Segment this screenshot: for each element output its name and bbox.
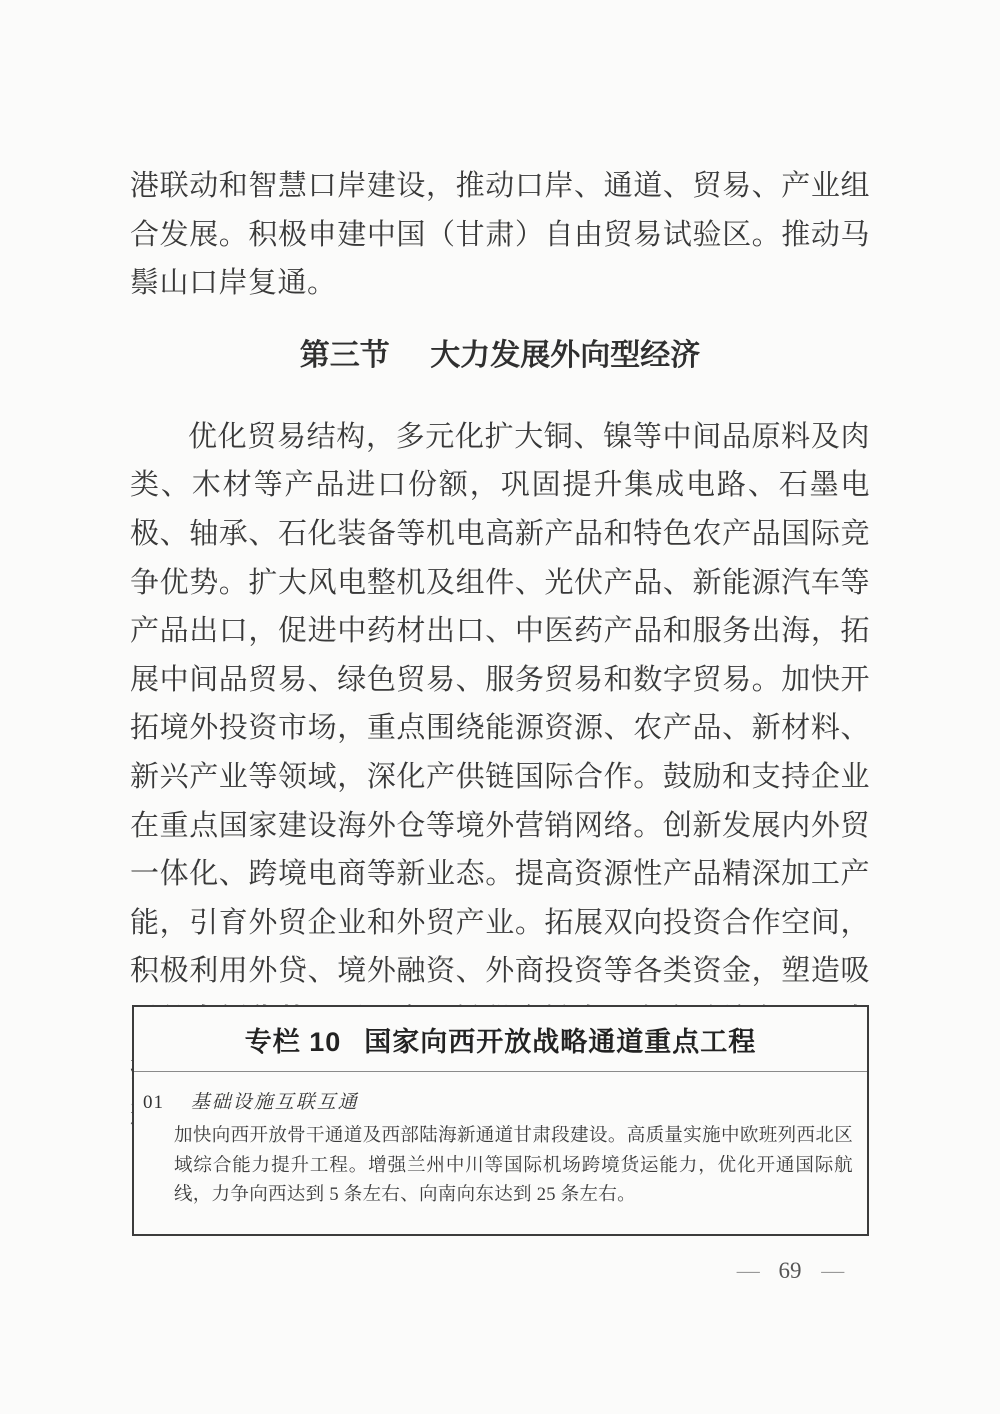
panel-title-label: 专栏 10 xyxy=(245,1020,342,1059)
section-heading-title: 大力发展外向型经济 xyxy=(430,339,700,372)
panel-title: 专栏 10 国家向西开放战略通道重点工程 xyxy=(134,1007,867,1071)
highlight-panel: 专栏 10 国家向西开放战略通道重点工程 01 基础设施互联互通 加快向西开放骨… xyxy=(132,1005,869,1236)
panel-item-number: 01 xyxy=(143,1092,164,1113)
section-heading-label: 第三节 xyxy=(300,339,390,372)
panel-item-heading: 01 基础设施互联互通 xyxy=(134,1090,867,1116)
content-column: 港联动和智慧口岸建设，推动口岸、通道、贸易、产业组合发展。积极申建中国（甘肃）自… xyxy=(130,0,870,1142)
footer-left-dash: — xyxy=(737,1258,759,1283)
panel-item-title: 基础设施互联互通 xyxy=(191,1092,359,1113)
page-number: 69 xyxy=(779,1258,802,1283)
page-footer: — 69 — xyxy=(690,1256,890,1286)
footer-right-dash: — xyxy=(821,1258,843,1283)
panel-divider xyxy=(134,1071,867,1072)
panel-title-text: 国家向西开放战略通道重点工程 xyxy=(364,1020,756,1059)
intro-paragraph: 港联动和智慧口岸建设，推动口岸、通道、贸易、产业组合发展。积极申建中国（甘肃）自… xyxy=(130,162,870,308)
section-heading: 第三节 大力发展外向型经济 xyxy=(130,331,870,380)
document-page: 港联动和智慧口岸建设，推动口岸、通道、贸易、产业组合发展。积极申建中国（甘肃）自… xyxy=(0,0,1000,1414)
panel-item-body: 加快向西开放骨干通道及西部陆海新通道甘肃段建设。高质量实施中欧班列西北区域综合能… xyxy=(134,1122,867,1211)
